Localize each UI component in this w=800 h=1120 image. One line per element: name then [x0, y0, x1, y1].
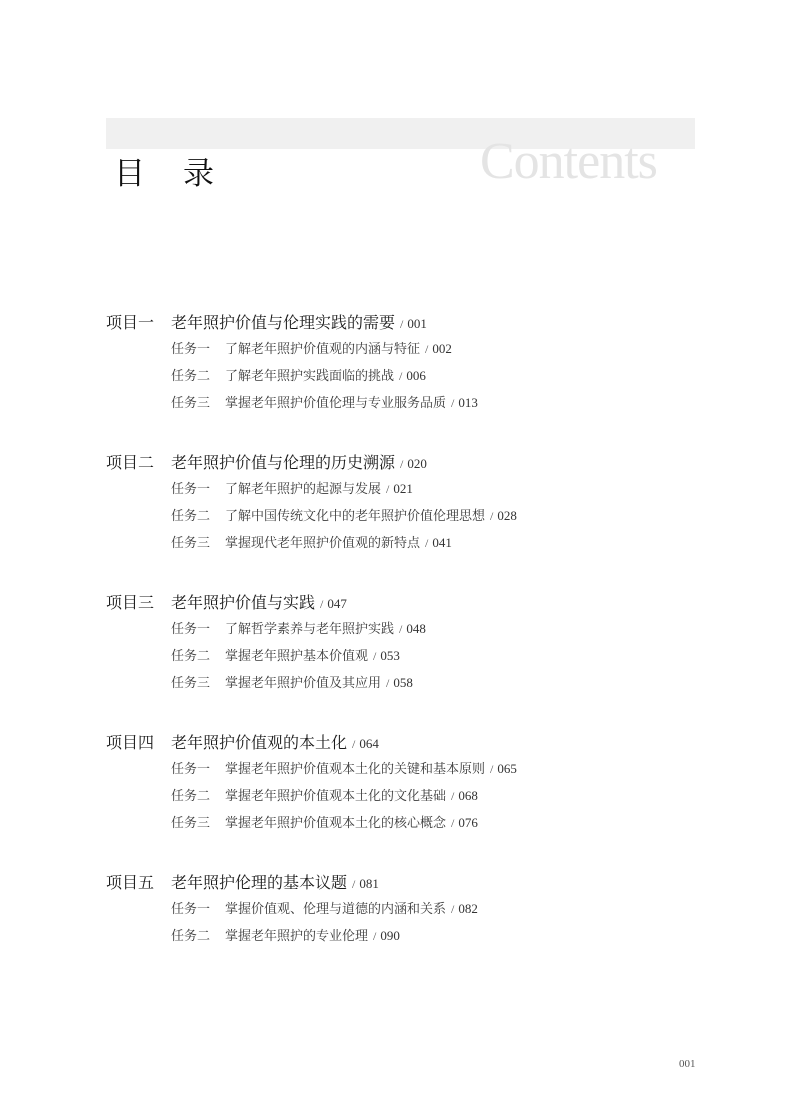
task-entry[interactable]: 任务二掌握老年照护价值观本土化的文化基础/068: [171, 782, 746, 809]
task-number: 任务一: [171, 336, 225, 363]
task-page: 068: [458, 788, 478, 803]
task-title: 了解中国传统文化中的老年照护价值伦理思想: [225, 509, 485, 524]
task-number: 任务二: [171, 923, 225, 950]
task-page: 041: [432, 535, 452, 550]
project-number: 项目三: [106, 591, 171, 615]
project-page: 001: [407, 316, 427, 331]
task-title: 掌握老年照护的专业伦理: [225, 929, 368, 944]
separator: /: [490, 762, 493, 776]
separator: /: [425, 342, 428, 356]
task-page: 090: [380, 928, 400, 943]
project-page: 047: [327, 596, 347, 611]
project-page: 081: [359, 876, 379, 891]
project-entry[interactable]: 项目一老年照护价值与伦理实践的需要/001: [106, 311, 746, 335]
task-entry[interactable]: 任务三掌握老年照护价值观本土化的核心概念/076: [171, 809, 746, 836]
task-entry[interactable]: 任务一了解老年照护价值观的内涵与特征/002: [171, 335, 746, 362]
task-entry[interactable]: 任务一掌握老年照护价值观本土化的关键和基本原则/065: [171, 755, 746, 782]
toc-project-5: 项目五老年照护伦理的基本议题/081 任务一掌握价值观、伦理与道德的内涵和关系/…: [106, 871, 746, 949]
task-number: 任务一: [171, 476, 225, 503]
task-title: 掌握价值观、伦理与道德的内涵和关系: [225, 902, 446, 917]
toc-project-4: 项目四老年照护价值观的本土化/064 任务一掌握老年照护价值观本土化的关键和基本…: [106, 731, 746, 836]
toc-project-2: 项目二老年照护价值与伦理的历史溯源/020 任务一了解老年照护的起源与发展/02…: [106, 451, 746, 556]
task-title: 掌握老年照护价值观本土化的文化基础: [225, 789, 446, 804]
project-title: 老年照护价值与伦理的历史溯源: [171, 453, 395, 472]
page-number: 001: [679, 1058, 696, 1070]
project-entry[interactable]: 项目二老年照护价值与伦理的历史溯源/020: [106, 451, 746, 475]
task-page: 082: [458, 901, 478, 916]
separator: /: [320, 597, 323, 611]
task-number: 任务二: [171, 783, 225, 810]
separator: /: [373, 929, 376, 943]
separator: /: [352, 877, 355, 891]
task-page: 053: [380, 648, 400, 663]
project-title: 老年照护伦理的基本议题: [171, 873, 347, 892]
task-number: 任务一: [171, 896, 225, 923]
task-title: 了解老年照护实践面临的挑战: [225, 369, 394, 384]
task-entry[interactable]: 任务三掌握老年照护价值伦理与专业服务品质/013: [171, 389, 746, 416]
task-entry[interactable]: 任务一了解哲学素养与老年照护实践/048: [171, 615, 746, 642]
task-number: 任务三: [171, 810, 225, 837]
toc-project-3: 项目三老年照护价值与实践/047 任务一了解哲学素养与老年照护实践/048 任务…: [106, 591, 746, 696]
task-number: 任务三: [171, 530, 225, 557]
task-number: 任务三: [171, 670, 225, 697]
separator: /: [373, 649, 376, 663]
task-page: 065: [497, 761, 517, 776]
separator: /: [451, 396, 454, 410]
task-number: 任务一: [171, 756, 225, 783]
separator: /: [399, 369, 402, 383]
task-title: 了解老年照护的起源与发展: [225, 482, 381, 497]
task-page: 028: [497, 508, 517, 523]
task-number: 任务二: [171, 643, 225, 670]
task-number: 任务二: [171, 503, 225, 530]
separator: /: [386, 482, 389, 496]
task-page: 013: [458, 395, 478, 410]
task-title: 掌握老年照护价值伦理与专业服务品质: [225, 396, 446, 411]
task-title: 掌握老年照护价值观本土化的关键和基本原则: [225, 762, 485, 777]
task-entry[interactable]: 任务二了解老年照护实践面临的挑战/006: [171, 362, 746, 389]
project-title: 老年照护价值观的本土化: [171, 733, 347, 752]
project-page: 064: [359, 736, 379, 751]
task-number: 任务一: [171, 616, 225, 643]
task-entry[interactable]: 任务一掌握价值观、伦理与道德的内涵和关系/082: [171, 895, 746, 922]
project-entry[interactable]: 项目三老年照护价值与实践/047: [106, 591, 746, 615]
task-page: 058: [393, 675, 413, 690]
page-title: 目录: [114, 148, 214, 193]
project-entry[interactable]: 项目四老年照护价值观的本土化/064: [106, 731, 746, 755]
task-title: 掌握老年照护价值观本土化的核心概念: [225, 816, 446, 831]
task-title: 掌握现代老年照护价值观的新特点: [225, 536, 420, 551]
task-page: 048: [406, 621, 426, 636]
separator: /: [400, 457, 403, 471]
task-title: 了解哲学素养与老年照护实践: [225, 622, 394, 637]
task-entry[interactable]: 任务三掌握老年照护价值及其应用/058: [171, 669, 746, 696]
project-entry[interactable]: 项目五老年照护伦理的基本议题/081: [106, 871, 746, 895]
task-entry[interactable]: 任务三掌握现代老年照护价值观的新特点/041: [171, 529, 746, 556]
separator: /: [386, 676, 389, 690]
toc-project-1: 项目一老年照护价值与伦理实践的需要/001 任务一了解老年照护价值观的内涵与特征…: [106, 311, 746, 416]
task-number: 任务三: [171, 390, 225, 417]
task-title: 掌握老年照护基本价值观: [225, 649, 368, 664]
separator: /: [490, 509, 493, 523]
title-char-1: 目: [114, 148, 145, 193]
project-number: 项目四: [106, 731, 171, 755]
separator: /: [399, 622, 402, 636]
task-title: 了解老年照护价值观的内涵与特征: [225, 342, 420, 357]
task-number: 任务二: [171, 363, 225, 390]
title-english: Contents: [480, 132, 657, 191]
project-number: 项目二: [106, 451, 171, 475]
task-entry[interactable]: 任务二掌握老年照护基本价值观/053: [171, 642, 746, 669]
separator: /: [352, 737, 355, 751]
separator: /: [400, 317, 403, 331]
project-number: 项目五: [106, 871, 171, 895]
project-number: 项目一: [106, 311, 171, 335]
separator: /: [451, 816, 454, 830]
table-of-contents: 项目一老年照护价值与伦理实践的需要/001 任务一了解老年照护价值观的内涵与特征…: [106, 311, 746, 984]
task-page: 076: [458, 815, 478, 830]
project-page: 020: [407, 456, 427, 471]
title-char-2: 录: [183, 148, 214, 193]
task-entry[interactable]: 任务二掌握老年照护的专业伦理/090: [171, 922, 746, 949]
task-page: 002: [432, 341, 452, 356]
task-page: 006: [406, 368, 426, 383]
separator: /: [425, 536, 428, 550]
project-title: 老年照护价值与伦理实践的需要: [171, 313, 395, 332]
task-page: 021: [393, 481, 413, 496]
project-title: 老年照护价值与实践: [171, 593, 315, 612]
separator: /: [451, 789, 454, 803]
task-entry[interactable]: 任务一了解老年照护的起源与发展/021: [171, 475, 746, 502]
separator: /: [451, 902, 454, 916]
task-title: 掌握老年照护价值及其应用: [225, 676, 381, 691]
task-entry[interactable]: 任务二了解中国传统文化中的老年照护价值伦理思想/028: [171, 502, 746, 529]
